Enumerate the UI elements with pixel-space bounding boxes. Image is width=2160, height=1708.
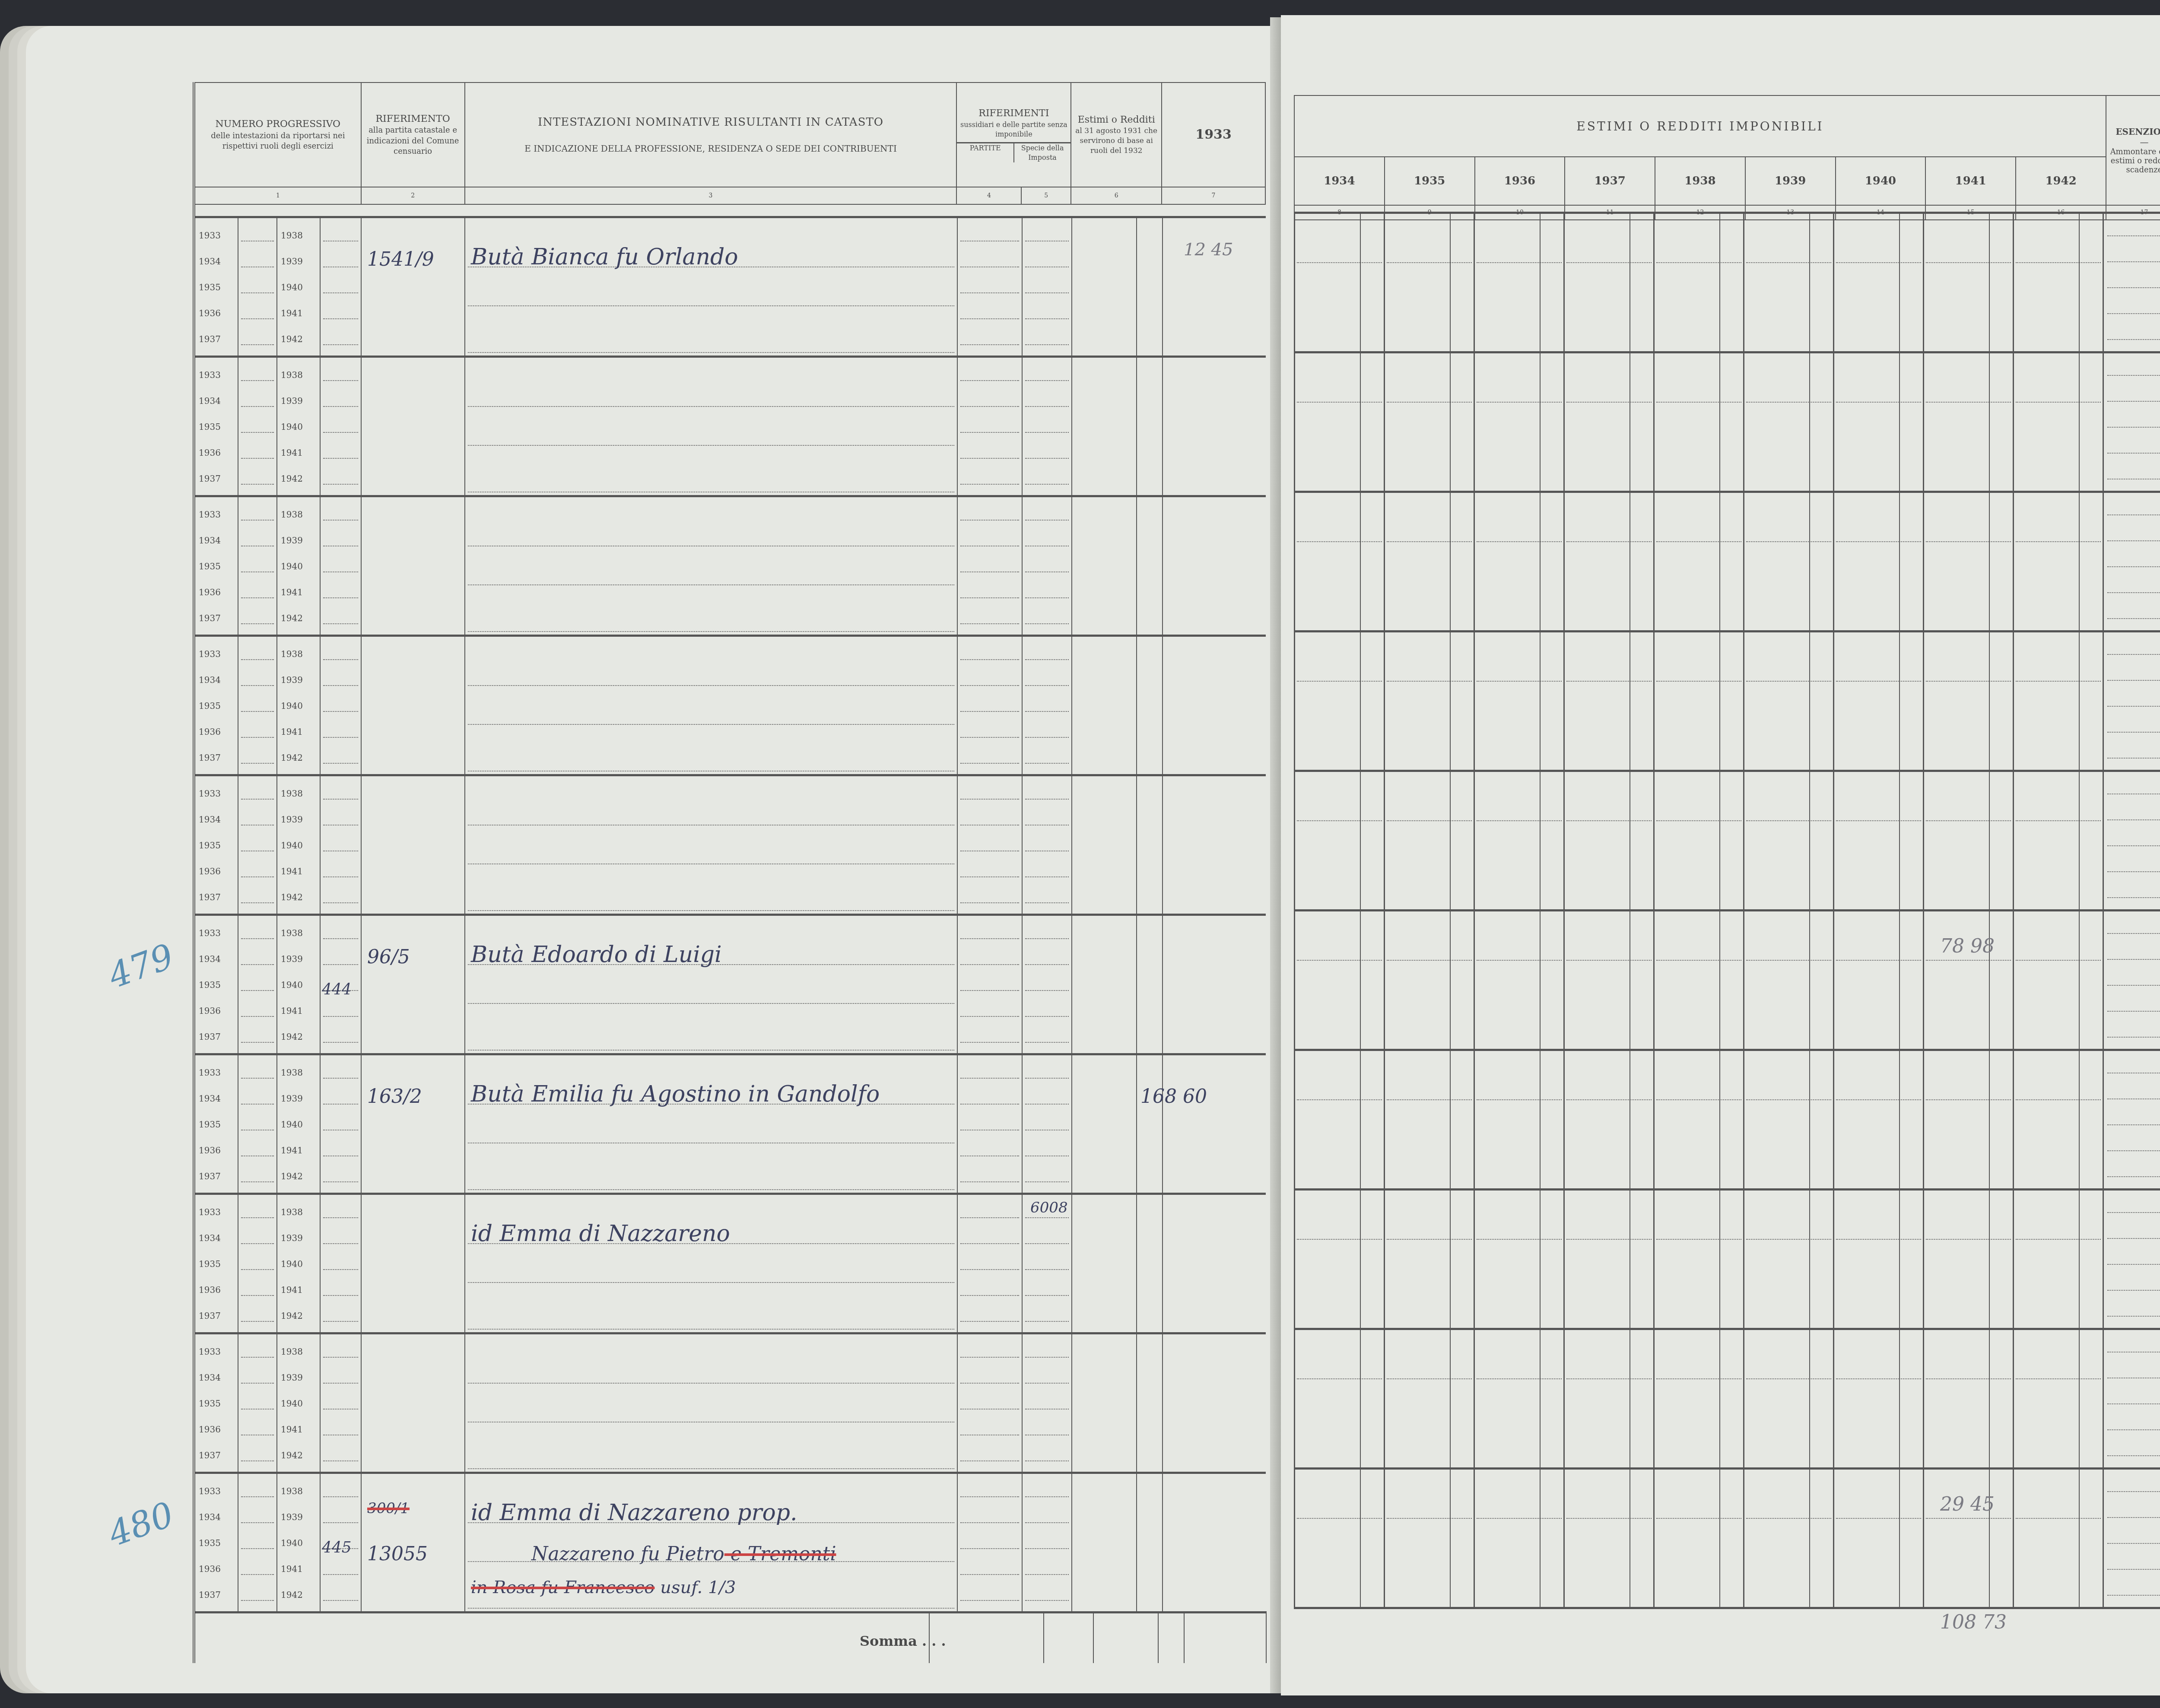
row-year: 1937 — [199, 752, 221, 763]
register-cell: 19381939194019411942 — [276, 497, 320, 635]
register-cell — [361, 1195, 464, 1332]
row-year: 1937 — [199, 1590, 221, 1600]
register-cell — [238, 1334, 276, 1472]
register-entry-block: 1933193419351936193719381939194019411942 — [194, 356, 1266, 495]
header-esenzioni: ESENZIONI — Ammontare degli estimi o red… — [2106, 95, 2160, 205]
register-cell — [1022, 218, 1071, 356]
partita-number: 13055 — [367, 1543, 428, 1565]
register-cell — [238, 1195, 276, 1332]
header-year-1934: 1934 — [1294, 157, 1385, 205]
register-cell — [464, 358, 957, 495]
estimi-block — [1294, 1467, 2160, 1607]
row-year: 1942 — [281, 1590, 303, 1600]
row-year: 1934 — [199, 1093, 221, 1104]
register-cell — [957, 1334, 1022, 1472]
register-cell — [1071, 1334, 1136, 1472]
row-year: 1936 — [199, 866, 221, 876]
register-cell — [1071, 1474, 1136, 1611]
row-year: 1935 — [199, 701, 221, 711]
row-year: 1940 — [281, 1538, 303, 1548]
row-year: 1935 — [199, 1259, 221, 1269]
estimi-block — [1294, 1049, 2160, 1188]
register-cell — [957, 218, 1022, 356]
register-cell: 19381939194019411942 — [276, 1195, 320, 1332]
row-year: 1940 — [281, 701, 303, 711]
row-year: 1934 — [199, 1233, 221, 1243]
row-year: 1938 — [281, 1067, 303, 1078]
register-cell — [320, 637, 361, 774]
row-year: 1941 — [281, 727, 303, 737]
row-year: 1940 — [281, 422, 303, 432]
estimi-block — [1294, 1188, 2160, 1328]
register-cell — [1071, 497, 1136, 635]
riferimento-partite: 6008 — [1030, 1199, 1068, 1216]
row-year: 1940 — [281, 1119, 303, 1130]
row-year: 1937 — [199, 334, 221, 344]
register-cell: 19331934193519361937 — [194, 358, 238, 495]
right-register-table: ESTIMI O REDDITI IMPONIBILI ESENZIONI — … — [1294, 95, 2160, 220]
register-cell — [464, 776, 957, 914]
row-year: 1941 — [281, 1145, 303, 1156]
register-cell — [238, 358, 276, 495]
register-cell — [1162, 637, 1266, 774]
register-cell — [1136, 1334, 1162, 1472]
register-cell — [1022, 497, 1071, 635]
row-year: 1939 — [281, 954, 303, 964]
taxpayer-name-line3: in Rosa fu Francesco usuf. 1/3 — [471, 1578, 736, 1597]
row-year: 1938 — [281, 649, 303, 659]
row-year: 1935 — [199, 1119, 221, 1130]
register-cell: 19331934193519361937 — [194, 637, 238, 774]
row-year: 1939 — [281, 396, 303, 406]
register-cell: 19381939194019411942 — [276, 1055, 320, 1193]
register-cell — [957, 916, 1022, 1053]
row-year: 1939 — [281, 675, 303, 685]
row-year: 1939 — [281, 256, 303, 267]
register-entry-block: 1933193419351936193719381939194019411942… — [194, 216, 1266, 356]
estimi-block — [1294, 630, 2160, 770]
register-cell: 19381939194019411942 — [276, 916, 320, 1053]
row-year: 1941 — [281, 448, 303, 458]
side-mark: 444 — [322, 981, 352, 998]
row-year: 1935 — [199, 980, 221, 990]
register-cell — [1162, 1055, 1266, 1193]
register-cell — [320, 358, 361, 495]
register-cell: 19381939194019411942 — [276, 637, 320, 774]
register-cell: 19331934193519361937 — [194, 916, 238, 1053]
register-cell — [1071, 218, 1136, 356]
register-cell — [1071, 916, 1136, 1053]
row-year: 1940 — [281, 1259, 303, 1269]
register-cell — [957, 497, 1022, 635]
row-year: 1936 — [199, 587, 221, 597]
row-year: 1942 — [281, 473, 303, 484]
register-cell: 19331934193519361937 — [194, 776, 238, 914]
row-year: 1934 — [199, 535, 221, 546]
register-cell — [1162, 497, 1266, 635]
register-cell — [1136, 776, 1162, 914]
row-year: 1940 — [281, 282, 303, 292]
register-cell — [361, 637, 464, 774]
row-year: 1934 — [199, 814, 221, 825]
row-year: 1933 — [199, 509, 221, 520]
register-cell: 19331934193519361937 — [194, 1474, 238, 1611]
row-year: 1936 — [199, 727, 221, 737]
register-cell — [361, 218, 464, 356]
estimi-block — [1294, 212, 2160, 351]
register-cell — [320, 497, 361, 635]
register-entry-block: 1933193419351936193719381939194019411942 — [194, 1332, 1266, 1472]
register-cell: 19331934193519361937 — [194, 497, 238, 635]
register-cell — [238, 1055, 276, 1193]
row-year: 1939 — [281, 1512, 303, 1522]
row-year: 1941 — [281, 1424, 303, 1435]
register-cell — [320, 1195, 361, 1332]
row-year: 1933 — [199, 788, 221, 799]
row-year: 1933 — [199, 1346, 221, 1357]
register-cell: 19331934193519361937 — [194, 218, 238, 356]
row-year: 1936 — [199, 1145, 221, 1156]
register-entry-block: 1933193419351936193719381939194019411942… — [194, 1053, 1266, 1193]
estimi-block — [1294, 351, 2160, 491]
taxpayer-name: id Emma di Nazzareno prop. — [471, 1500, 797, 1526]
header-year-1939: 1939 — [1745, 157, 1836, 205]
row-year: 1935 — [199, 840, 221, 851]
row-year: 1933 — [199, 1067, 221, 1078]
row-year: 1936 — [199, 448, 221, 458]
register-cell — [464, 1055, 957, 1193]
register-cell — [1071, 776, 1136, 914]
register-cell — [1162, 776, 1266, 914]
partita-struck: 300/1 — [367, 1500, 410, 1517]
register-cell — [464, 1195, 957, 1332]
estimi-block — [1294, 909, 2160, 1049]
estimo-value-1941: 29 45 — [1940, 1493, 1995, 1515]
header-riferimenti-sussidiari: RIFERIMENTI sussidiari e delle partite s… — [956, 83, 1071, 187]
col-number: 4 — [956, 187, 1021, 204]
register-entry-block: 1933193419351936193719381939194019411942 — [194, 774, 1266, 914]
register-cell: 19381939194019411942 — [276, 776, 320, 914]
header-year-1941: 1941 — [1925, 157, 2016, 205]
left-register-table: NUMERO PROGRESSIVO delle intestazioni da… — [194, 82, 1266, 205]
col-number: 2 — [361, 187, 465, 204]
row-year: 1939 — [281, 814, 303, 825]
register-cell — [1136, 1195, 1162, 1332]
row-year: 1936 — [199, 1564, 221, 1574]
row-year: 1937 — [199, 1311, 221, 1321]
row-year: 1939 — [281, 1093, 303, 1104]
register-cell — [361, 1474, 464, 1611]
register-cell — [957, 1474, 1022, 1611]
row-year: 1941 — [281, 1006, 303, 1016]
register-cell — [238, 218, 276, 356]
register-cell — [320, 218, 361, 356]
register-cell: 19381939194019411942 — [276, 218, 320, 356]
col-number: 7 — [1162, 187, 1265, 204]
row-year: 1940 — [281, 1398, 303, 1409]
header-year-1938: 1938 — [1655, 157, 1745, 205]
register-cell — [320, 1055, 361, 1193]
register-cell — [1022, 776, 1071, 914]
row-year: 1933 — [199, 649, 221, 659]
header-riferimento: RIFERIMENTO alla partita catastale e ind… — [361, 83, 465, 187]
row-year: 1936 — [199, 308, 221, 318]
register-cell — [361, 1334, 464, 1472]
register-cell — [464, 1334, 957, 1472]
taxpayer-name: Butà Emilia fu Agostino in Gandolfo — [471, 1081, 880, 1107]
register-cell — [1162, 1334, 1266, 1472]
row-year: 1939 — [281, 1372, 303, 1383]
row-year: 1935 — [199, 1398, 221, 1409]
row-year: 1937 — [199, 613, 221, 623]
row-year: 1941 — [281, 587, 303, 597]
row-year: 1935 — [199, 1538, 221, 1548]
header-intestazioni: INTESTAZIONI NOMINATIVE RISULTANTI IN CA… — [465, 83, 957, 187]
row-year: 1939 — [281, 535, 303, 546]
row-year: 1933 — [199, 370, 221, 380]
row-year: 1938 — [281, 509, 303, 520]
register-cell — [1071, 637, 1136, 774]
row-year: 1935 — [199, 282, 221, 292]
register-cell: 19381939194019411942 — [276, 1474, 320, 1611]
row-year: 1937 — [199, 1032, 221, 1042]
register-cell — [1071, 1195, 1136, 1332]
register-entry-block: 1933193419351936193719381939194019411942… — [194, 914, 1266, 1053]
register-entry-block: 1933193419351936193719381939194019411942 — [194, 495, 1266, 635]
partita-number: 96/5 — [367, 946, 410, 968]
row-year: 1938 — [281, 1207, 303, 1217]
row-year: 1941 — [281, 1285, 303, 1295]
row-year: 1934 — [199, 675, 221, 685]
row-year: 1938 — [281, 1346, 303, 1357]
row-year: 1938 — [281, 788, 303, 799]
row-year: 1933 — [199, 928, 221, 938]
header-year-1936: 1936 — [1475, 157, 1565, 205]
row-year: 1942 — [281, 1450, 303, 1460]
row-year: 1942 — [281, 1032, 303, 1042]
register-cell — [464, 218, 957, 356]
row-year: 1934 — [199, 1512, 221, 1522]
register-cell: 19381939194019411942 — [276, 358, 320, 495]
register-cell — [1022, 916, 1071, 1053]
register-cell — [957, 776, 1022, 914]
header-estimi-1931: Estimi o Redditi al 31 agosto 1931 che s… — [1071, 83, 1162, 187]
row-year: 1942 — [281, 334, 303, 344]
row-year: 1937 — [199, 892, 221, 902]
row-year: 1933 — [199, 230, 221, 241]
row-year: 1942 — [281, 613, 303, 623]
estimi-block — [1294, 1328, 2160, 1467]
taxpayer-name-line2: Nazzareno fu Pietro e Tremonti — [531, 1543, 836, 1565]
taxpayer-name: Butà Edoardo di Luigi — [471, 942, 722, 968]
register-cell — [1071, 1055, 1136, 1193]
register-cell — [1022, 637, 1071, 774]
register-cell — [238, 916, 276, 1053]
header-year-1935: 1935 — [1385, 157, 1475, 205]
register-cell — [361, 497, 464, 635]
register-cell — [1136, 497, 1162, 635]
register-cell — [1022, 1334, 1071, 1472]
register-cell — [957, 358, 1022, 495]
register-cell — [320, 1334, 361, 1472]
row-year: 1942 — [281, 892, 303, 902]
row-year: 1938 — [281, 1486, 303, 1496]
row-year: 1940 — [281, 980, 303, 990]
register-cell — [1162, 1195, 1266, 1332]
row-year: 1938 — [281, 370, 303, 380]
row-year: 1937 — [199, 473, 221, 484]
row-year: 1934 — [199, 1372, 221, 1383]
register-cell — [1071, 358, 1136, 495]
estimi-block — [1294, 491, 2160, 630]
taxpayer-name: Butà Bianca fu Orlando — [471, 244, 738, 270]
header-year-1940: 1940 — [1836, 157, 1926, 205]
row-year: 1934 — [199, 396, 221, 406]
row-year: 1940 — [281, 840, 303, 851]
row-year: 1940 — [281, 561, 303, 571]
row-year: 1933 — [199, 1207, 221, 1217]
taxpayer-name: id Emma di Nazzareno — [471, 1221, 730, 1247]
register-cell — [361, 776, 464, 914]
register-entry-block: 1933193419351936193719381939194019411942… — [194, 1472, 1266, 1611]
register-cell — [238, 497, 276, 635]
register-cell — [1162, 358, 1266, 495]
row-year: 1941 — [281, 1564, 303, 1574]
register-cell — [238, 637, 276, 774]
register-cell — [1162, 1474, 1266, 1611]
register-cell — [1022, 358, 1071, 495]
estimo-1933: 12 45 — [1184, 240, 1233, 260]
somma-label: Somma . . . — [860, 1633, 946, 1649]
register-cell: 19331934193519361937 — [194, 1195, 238, 1332]
register-cell — [238, 776, 276, 914]
row-year: 1936 — [199, 1424, 221, 1435]
header-numero-progressivo: NUMERO PROGRESSIVO delle intestazioni da… — [195, 83, 361, 187]
register-cell — [1022, 1474, 1071, 1611]
register-entry-block: 1933193419351936193719381939194019411942 — [194, 635, 1266, 774]
row-year: 1942 — [281, 1311, 303, 1321]
row-year: 1942 — [281, 752, 303, 763]
register-cell — [1162, 218, 1266, 356]
register-cell — [1022, 1055, 1071, 1193]
estimi-block — [1294, 770, 2160, 909]
register-cell — [1136, 1474, 1162, 1611]
row-year: 1937 — [199, 1171, 221, 1181]
row-year: 1935 — [199, 561, 221, 571]
register-cell — [957, 637, 1022, 774]
row-year: 1936 — [199, 1006, 221, 1016]
col-number: 5 — [1021, 187, 1071, 204]
row-year: 1937 — [199, 1450, 221, 1460]
register-cell — [238, 1474, 276, 1611]
header-estimi-imponibili: ESTIMI O REDDITI IMPONIBILI — [1294, 95, 2106, 157]
register-cell: 19381939194019411942 — [276, 1334, 320, 1472]
row-year: 1942 — [281, 1171, 303, 1181]
register-cell — [361, 1055, 464, 1193]
row-year: 1938 — [281, 928, 303, 938]
estimo-1931: 168 60 — [1140, 1086, 1207, 1108]
header-year-1942: 1942 — [2016, 157, 2106, 205]
register-cell — [361, 358, 464, 495]
register-cell — [957, 1055, 1022, 1193]
row-year: 1939 — [281, 1233, 303, 1243]
register-cell — [464, 916, 957, 1053]
register-cell — [1136, 358, 1162, 495]
col-number: 3 — [465, 187, 957, 204]
col-number: 6 — [1071, 187, 1162, 204]
header-1933: 1933 — [1162, 83, 1265, 187]
register-cell — [1136, 916, 1162, 1053]
register-cell: 19331934193519361937 — [194, 1334, 238, 1472]
register-cell — [320, 776, 361, 914]
register-cell — [1136, 637, 1162, 774]
row-year: 1941 — [281, 308, 303, 318]
register-cell — [1136, 1055, 1162, 1193]
row-year: 1933 — [199, 1486, 221, 1496]
estimo-value-1941: 108 73 — [1940, 1611, 2007, 1633]
row-year: 1934 — [199, 256, 221, 267]
row-year: 1936 — [199, 1285, 221, 1295]
row-year: 1938 — [281, 230, 303, 241]
partita-number: 1541/9 — [367, 248, 434, 270]
col-number: 1 — [195, 187, 361, 204]
register-cell — [1162, 916, 1266, 1053]
register-cell — [361, 916, 464, 1053]
register-cell — [464, 637, 957, 774]
row-year: 1934 — [199, 954, 221, 964]
register-cell — [464, 497, 957, 635]
side-mark: 445 — [322, 1539, 352, 1556]
row-year: 1935 — [199, 422, 221, 432]
partita-number: 163/2 — [367, 1086, 422, 1108]
estimo-value-1941: 78 98 — [1940, 935, 1995, 957]
register-entry-block: 1933193419351936193719381939194019411942… — [194, 1193, 1266, 1332]
register-cell: 19331934193519361937 — [194, 1055, 238, 1193]
header-year-1937: 1937 — [1565, 157, 1655, 205]
register-cell — [1136, 218, 1162, 356]
register-cell — [957, 1195, 1022, 1332]
row-year: 1941 — [281, 866, 303, 876]
